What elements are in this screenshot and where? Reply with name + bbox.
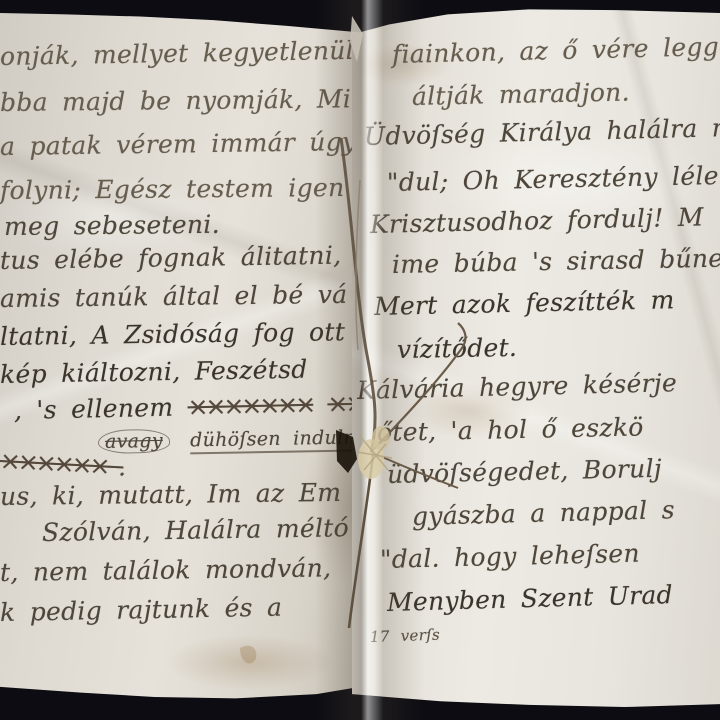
verse-count-annotation: 17 verſs <box>370 626 441 646</box>
manuscript-line: "dal. hogy leheſsen <box>380 539 641 574</box>
scribble-strikethrough: ××××××× <box>187 390 313 422</box>
manuscript-line: meg sebeseteni. <box>4 210 220 241</box>
manuscript-line: fiainkon, az ő vére leggen <box>392 31 720 69</box>
scribble-strikethrough: ×××××× . <box>0 446 124 481</box>
manuscript-line: áltják maradjon. <box>412 77 630 111</box>
manuscript-line: folyni; Egész testem igen <box>0 173 345 205</box>
manuscript-line: Krisztusodhoz fordulj! M <box>370 202 704 239</box>
manuscript-line: us, ki, mutatt, Im az Em <box>0 478 341 511</box>
manuscript-line: k pedig rajtunk és a <box>0 593 283 627</box>
manuscript-correction-line: avagy dühöſsen induln <box>98 425 356 453</box>
manuscript-line: kép kiáltozni, Feszétsd <box>0 355 308 389</box>
manuscript-line: Szólván, Halálra méltó <box>42 513 349 547</box>
left-page: onják, mellyet kegyetlenül bba majd be n… <box>0 0 368 720</box>
manuscript-line: onják, mellyet kegyetlenül <box>0 36 354 71</box>
manuscript-line: ltatni, A Zsidóság fog ott <box>0 317 345 351</box>
manuscript-line: őtet, 'a hol ő eszkö <box>377 412 644 447</box>
manuscript-line: ime búba 's sirasd bűne <box>392 244 720 279</box>
manuscript-line: Kálvária hegyre késérje <box>357 368 678 405</box>
deleted-word: avagy <box>98 429 170 454</box>
manuscript-line: gyászba a nappal s <box>412 495 676 531</box>
manuscript-line: "dul; Oh Keresztény lélek <box>387 161 720 197</box>
manuscript-line: Menyben Szent Urad <box>387 580 674 617</box>
inserted-word: dühöſsen induln <box>190 426 356 454</box>
manuscript-line: , 's ellenem <box>14 393 174 425</box>
manuscript-line: tus elébe fognak álitatni, <box>0 241 342 275</box>
scribble-line: ×××××× . <box>0 446 124 481</box>
manuscript-photo: onják, mellyet kegyetlenül bba majd be n… <box>0 0 720 720</box>
manuscript-line: Üdvöſség Királya halálra m <box>364 113 720 151</box>
manuscript-line: bba majd be nyomják, Mint <box>0 84 378 117</box>
manuscript-line: üdvöſségedet, Borulj <box>387 454 663 489</box>
manuscript-line-with-scribbles: , 's ellenem ××××××× ×××× <box>14 388 400 425</box>
manuscript-line: Mert azok feszítték m <box>374 285 675 321</box>
manuscript-line: a patak vérem immár úgy fog <box>0 126 412 161</box>
manuscript-line: vízítődet. <box>397 333 518 364</box>
manuscript-line: t, nem találok mondván, <box>0 553 331 587</box>
right-page: fiainkon, az ő vére leggen áltják maradj… <box>352 0 720 720</box>
manuscript-line: amis tanúk által el bé vá <box>0 280 348 313</box>
